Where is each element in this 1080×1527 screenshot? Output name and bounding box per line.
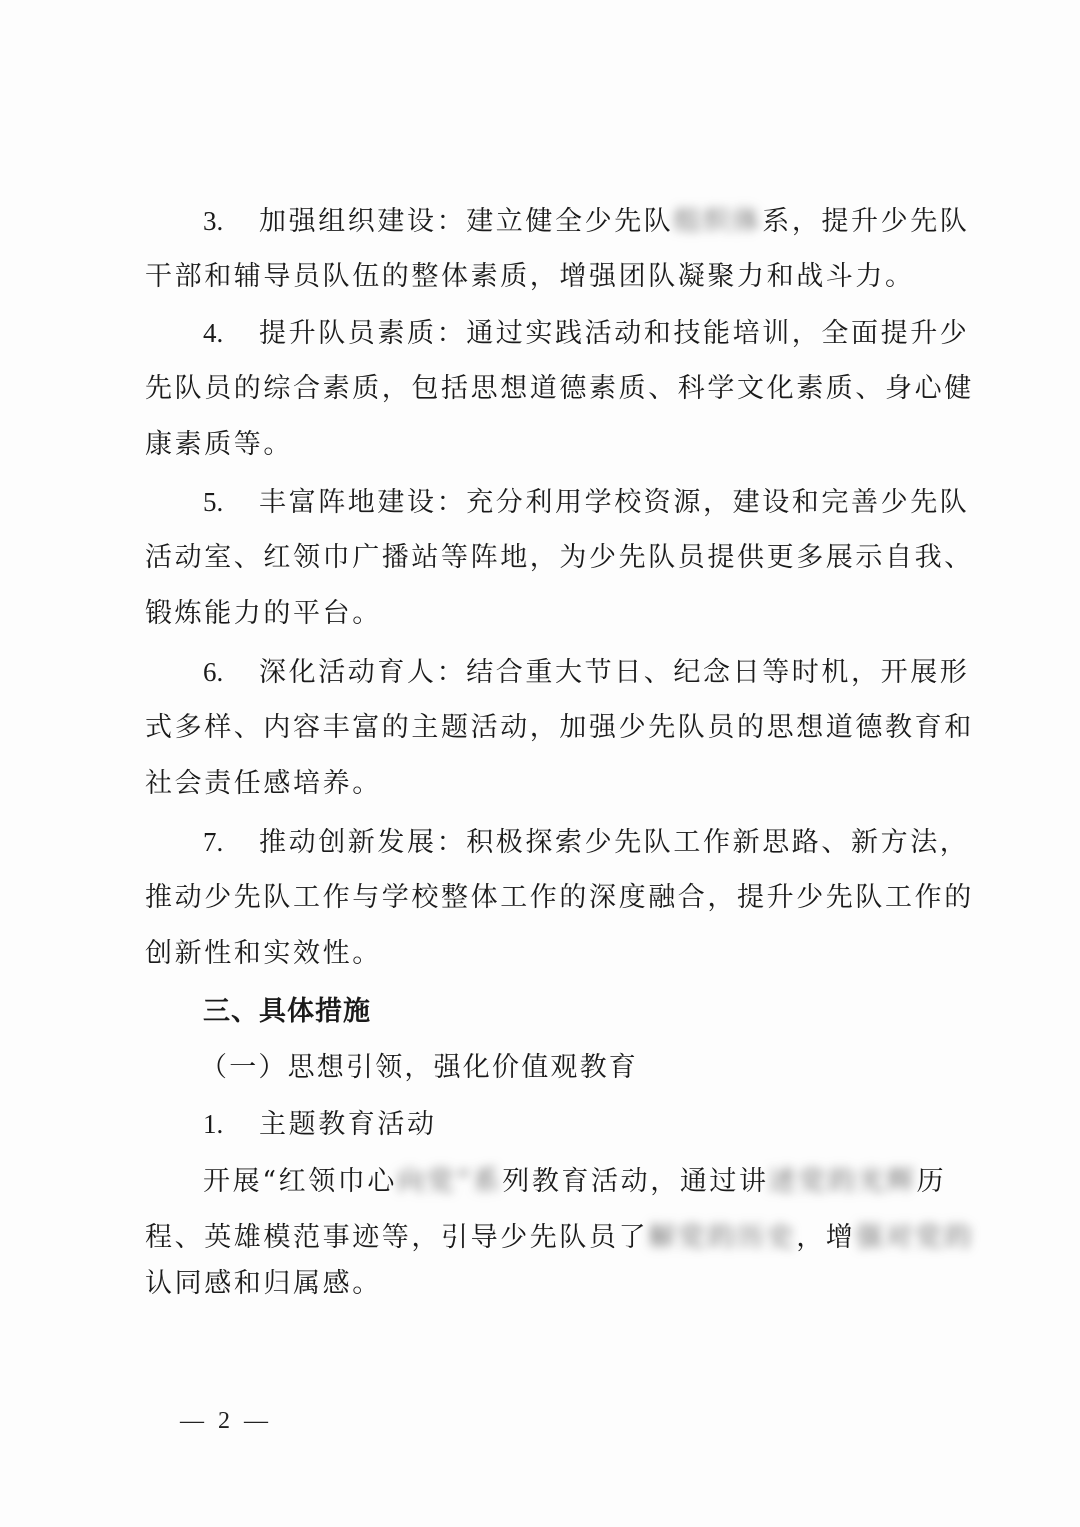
item-number: 4. xyxy=(203,316,259,350)
item-7-line-2: 推动少先队工作与学校整体工作的深度融合，提升少先队工作的 xyxy=(145,881,945,915)
item-number: 3. xyxy=(203,204,259,238)
item-4-line-2: 先队员的综合素质，包括思想道德素质、科学文化素质、身心健 xyxy=(145,372,945,406)
item-number: 5. xyxy=(203,485,259,519)
item-number: 6. xyxy=(203,655,259,689)
item-number: 7. xyxy=(203,825,259,859)
section-heading: 三、具体措施 xyxy=(203,995,1003,1029)
item-7-line-1: 7.推动创新发展：积极探索少先队工作新思路、新方法， xyxy=(203,825,1003,859)
subitem-title: 1.主题教育活动 xyxy=(203,1107,1003,1141)
item-text: 提升队员素质：通过实践活动和技能培训，全面提升少 xyxy=(259,318,969,349)
item-4-line-3: 康素质等。 xyxy=(145,428,945,462)
redacted-text: 组织体 xyxy=(673,205,762,239)
subitem-title-text: 主题教育活动 xyxy=(259,1109,437,1140)
item-3-line-1: 3.加强组织建设：建立健全少先队组织体系，提升少先队 xyxy=(203,204,1003,238)
redacted-text: 述党的光辉 xyxy=(769,1165,917,1199)
para-line-3: 认同感和归属感。 xyxy=(145,1267,945,1301)
item-number: 1. xyxy=(203,1107,259,1141)
para-line-1: 开展“红领巾心向党”系列教育活动，通过讲述党的光辉历 xyxy=(203,1165,1003,1199)
item-6-line-1: 6.深化活动育人：结合重大节日、纪念日等时机，开展形 xyxy=(203,655,1003,689)
item-5-line-2: 活动室、红领巾广播站等阵地，为少先队员提供更多展示自我、 xyxy=(145,541,945,575)
redacted-text: 向党”系 xyxy=(397,1165,502,1199)
item-text: 加强组织建设：建立健全少先队 xyxy=(259,206,673,237)
item-3-line-2: 干部和辅导员队伍的整体素质，增强团队凝聚力和战斗力。 xyxy=(145,260,945,294)
sub-heading: （一）思想引领，强化价值观教育 xyxy=(200,1051,1000,1085)
item-text: 深化活动育人：结合重大节日、纪念日等时机，开展形 xyxy=(259,657,969,688)
para-text: 程、英雄模范事迹等，引导少先队员了 xyxy=(145,1222,648,1253)
item-4-line-1: 4.提升队员素质：通过实践活动和技能培训，全面提升少 xyxy=(203,316,1003,350)
para-text: 开展“红领巾心 xyxy=(203,1166,397,1197)
redacted-text: 解党的历史 xyxy=(648,1221,796,1255)
item-5-line-3: 锻炼能力的平台。 xyxy=(145,597,945,631)
item-text: 系，提升少先队 xyxy=(762,206,969,237)
document-page: 3.加强组织建设：建立健全少先队组织体系，提升少先队 干部和辅导员队伍的整体素质… xyxy=(0,0,1080,1527)
redacted-text: 强对党的 xyxy=(855,1221,973,1255)
para-line-2: 程、英雄模范事迹等，引导少先队员了解党的历史，增强对党的 xyxy=(145,1221,945,1255)
item-5-line-1: 5.丰富阵地建设：充分利用学校资源，建设和完善少先队 xyxy=(203,485,1003,519)
item-text: 推动创新发展：积极探索少先队工作新思路、新方法， xyxy=(259,827,969,858)
item-6-line-3: 社会责任感培养。 xyxy=(145,767,945,801)
para-text: ，增 xyxy=(796,1222,855,1253)
item-6-line-2: 式多样、内容丰富的主题活动，加强少先队员的思想道德教育和 xyxy=(145,711,945,745)
item-text: 丰富阵地建设：充分利用学校资源，建设和完善少先队 xyxy=(259,487,969,518)
page-number: — 2 — xyxy=(180,1408,272,1435)
para-text: 列教育活动，通过讲 xyxy=(502,1166,768,1197)
item-7-line-3: 创新性和实效性。 xyxy=(145,937,945,971)
para-text: 历 xyxy=(917,1166,947,1197)
